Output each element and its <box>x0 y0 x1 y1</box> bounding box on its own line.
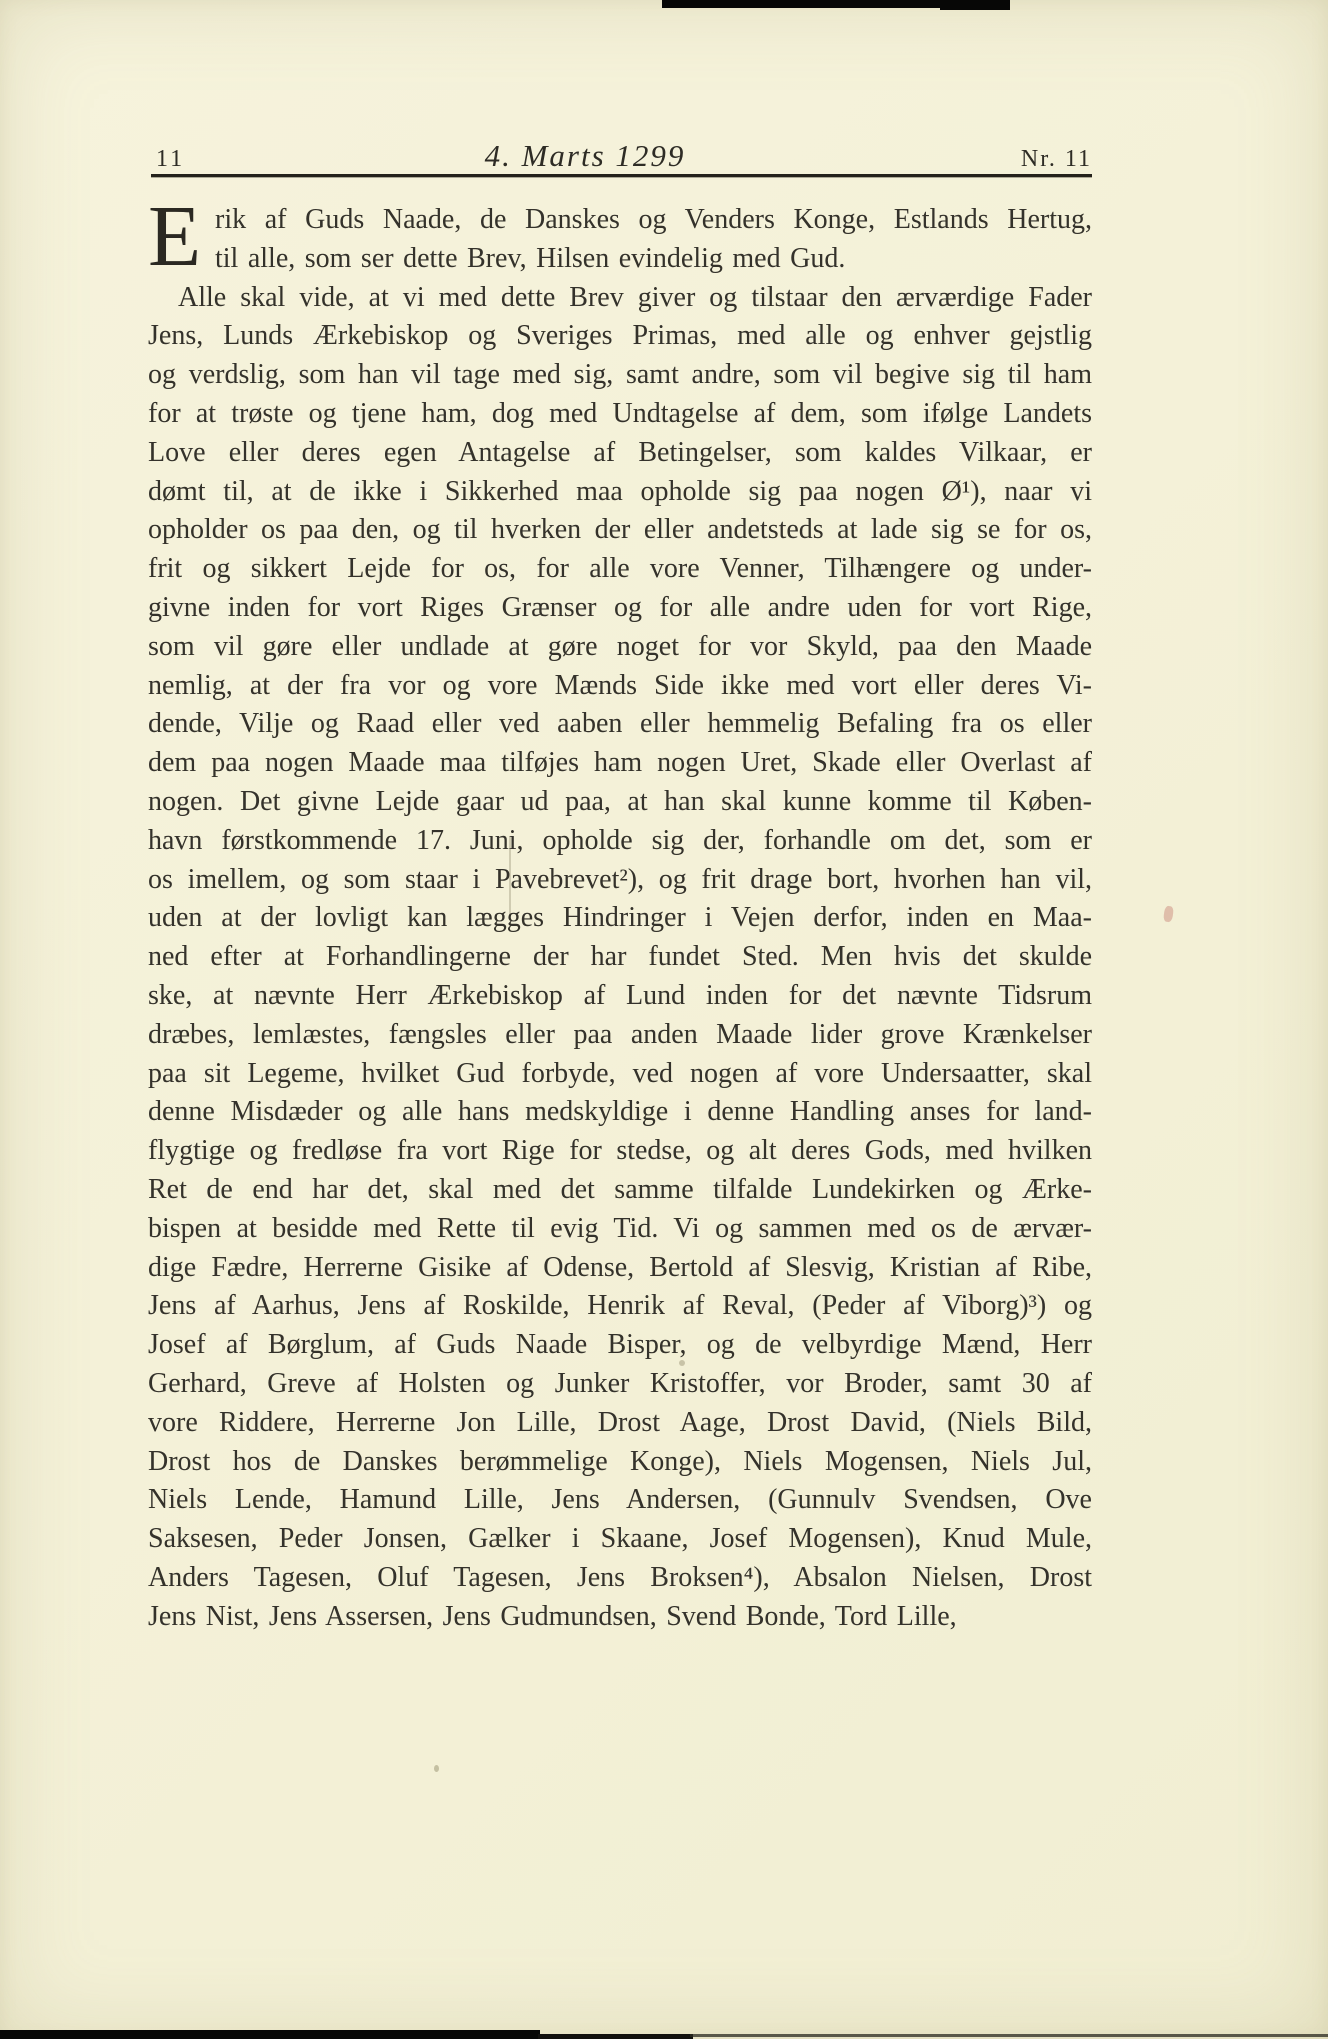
text-line: Gerhard, Greve af Holsten og Junker Kris… <box>148 1365 1092 1404</box>
text-line: bispen at besidde med Rette til evig Tid… <box>148 1210 1092 1249</box>
text-line: dem paa nogen Maade maa tilføjes ham nog… <box>148 744 1092 783</box>
text-line: rik af Guds Naade, de Danskes og Venders… <box>148 201 1092 240</box>
text-line: havn førstkommende 17. Juni, opholde sig… <box>148 822 1092 861</box>
text-line: frit og sikkert Lejde for os, for alle v… <box>148 550 1092 589</box>
scan-blemish <box>1163 905 1174 922</box>
main-paragraph: Alle skal vide, at vi med dette Brev giv… <box>148 279 1092 1637</box>
text-line: dømt til, at de ikke i Sikkerhed maa oph… <box>148 473 1092 512</box>
text-line: dige Fædre, Herrerne Gisike af Odense, B… <box>148 1249 1092 1288</box>
text-line: Josef af Børglum, af Guds Naade Bisper, … <box>148 1326 1092 1365</box>
drop-cap-initial: E <box>148 201 204 278</box>
scan-edge-artifact-bottom-mid <box>538 2034 693 2039</box>
text-line: til alle, som ser dette Brev, Hilsen evi… <box>148 240 1092 279</box>
text-line: som vil gøre eller undlade at gøre noget… <box>148 628 1092 667</box>
text-line: ned efter at Forhandlingerne der har fun… <box>148 938 1092 977</box>
text-line: og verdslig, som han vil tage med sig, s… <box>148 356 1092 395</box>
text-line: givne inden for vort Riges Grænser og fo… <box>148 589 1092 628</box>
header-rule <box>151 174 1092 177</box>
text-line: nemlig, at der fra vor og vore Mænds Sid… <box>148 667 1092 706</box>
text-line: nogen. Det givne Lejde gaar ud paa, at h… <box>148 783 1092 822</box>
scan-edge-artifact-bottom-left <box>0 2030 540 2039</box>
text-line: Jens Nist, Jens Assersen, Jens Gudmundse… <box>148 1598 1092 1637</box>
header-date-title: 4. Marts 1299 <box>485 138 686 174</box>
text-line: flygtige og fredløse fra vort Rige for s… <box>148 1132 1092 1171</box>
scan-edge-artifact-top-right <box>940 0 1010 10</box>
text-line: dræbes, lemlæstes, fængsles eller paa an… <box>148 1016 1092 1055</box>
text-line: dende, Vilje og Raad eller ved aaben ell… <box>148 705 1092 744</box>
text-line: Niels Lende, Hamund Lille, Jens Andersen… <box>148 1481 1092 1520</box>
text-line: Jens af Aarhus, Jens af Roskilde, Henrik… <box>148 1287 1092 1326</box>
text-line: uden at der lovligt kan lægges Hindringe… <box>148 899 1092 938</box>
text-line: Saksesen, Peder Jonsen, Gælker i Skaane,… <box>148 1520 1092 1559</box>
text-line: os imellem, og som staar i Pavebrevet²),… <box>148 861 1092 900</box>
document-number: Nr. 11 <box>1021 146 1092 173</box>
scan-edge-artifact-bottom-right <box>690 2034 1328 2037</box>
text-line: for at trøste og tjene ham, dog med Undt… <box>148 395 1092 434</box>
scan-blemish <box>434 1765 439 1772</box>
page-number: 11 <box>150 146 185 173</box>
text-line: denne Misdæder og alle hans medskyldige … <box>148 1093 1092 1132</box>
text-line: Ret de end har det, skal med det samme t… <box>148 1171 1092 1210</box>
text-line: opholder os paa den, og til hverken der … <box>148 511 1092 550</box>
opening-paragraph: E rik af Guds Naade, de Danskes og Vende… <box>148 201 1092 279</box>
text-line: Love eller deres egen Antagelse af Betin… <box>148 434 1092 473</box>
text-line: vore Riddere, Herrerne Jon Lille, Drost … <box>148 1404 1092 1443</box>
running-head: 11 4. Marts 1299 Nr. 11 <box>150 138 1092 174</box>
scanned-book-page: 11 4. Marts 1299 Nr. 11 E rik af Guds Na… <box>0 0 1328 2039</box>
text-line: paa sit Legeme, hvilket Gud forbyde, ved… <box>148 1055 1092 1094</box>
text-line: Jens, Lunds Ærkebiskop og Sveriges Prima… <box>148 317 1092 356</box>
text-line: Alle skal vide, at vi med dette Brev giv… <box>148 279 1092 318</box>
document-text: E rik af Guds Naade, de Danskes og Vende… <box>148 201 1092 1636</box>
text-line: ske, at nævnte Herr Ærkebiskop af Lund i… <box>148 977 1092 1016</box>
text-line: Anders Tagesen, Oluf Tagesen, Jens Broks… <box>148 1559 1092 1598</box>
scan-edge-artifact-top <box>662 0 944 8</box>
text-line: Drost hos de Danskes berømmelige Konge),… <box>148 1443 1092 1482</box>
